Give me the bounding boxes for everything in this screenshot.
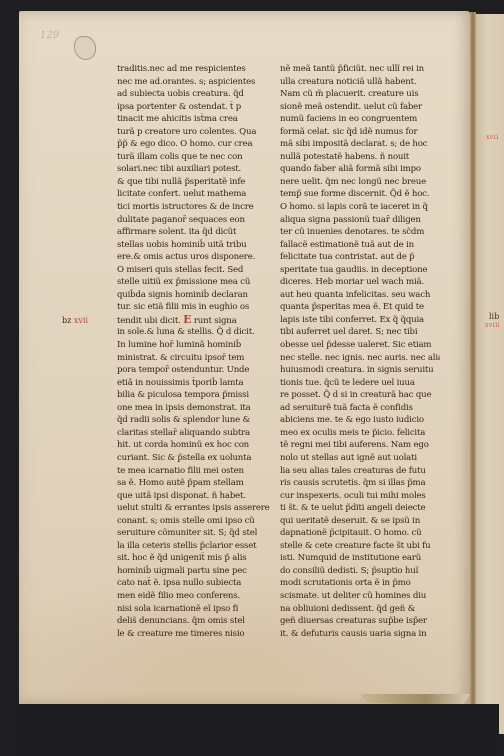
text-line: hominib̃ uigmali partu sine pec <box>117 565 277 578</box>
text-line: la illa ceteris stellis p̃clarior esset <box>117 540 277 553</box>
text-column-right: nẽ meã tantũ p̃ficiũt. nec ullĩ rei… <box>280 63 440 640</box>
text-line: geñ diuersas creaturas sup̃be isp̃er <box>280 615 440 628</box>
text-line: huiusmodi creatura. in signis seruitu <box>280 364 440 377</box>
text-line: quanta p̃speritas mea ẽ. Et quid te <box>280 301 440 314</box>
manuscript-photo: xvii lib xviii 129 bz xvii traditis.nec … <box>0 0 504 756</box>
text-line: turã p creatore uro colentes. Qua <box>117 126 277 139</box>
text-line: tionis tue. q̃cũ te ledere uel iuua <box>280 377 440 390</box>
text-line: nẽ meã tantũ p̃ficiũt. nec ullĩ rei… <box>280 63 440 76</box>
text-line: te mea icarnatio filii mei osten <box>117 465 277 478</box>
text-line: ulla creatura noticiã ullã habent. <box>280 76 440 89</box>
text-line: stelle & cete creature facte s̃t ubi fu <box>280 540 440 553</box>
text-line: turã illam colis que te nec con <box>117 151 277 164</box>
marginal-rubric-note: bz xvii <box>62 316 88 325</box>
text-line: O homo. si lapis corã te iaceret in q̃ <box>280 201 440 214</box>
rubricated-initial: E <box>183 314 191 326</box>
text-line: etiã in nouissimis t̃porib̃ lamta <box>117 377 277 390</box>
text-line: Nam cũ m̃ placuerit. creature uis <box>280 88 440 101</box>
parchment-stain <box>74 36 96 60</box>
text-line: scismate. ut deliter cũ homines diu <box>280 590 440 603</box>
text-line: nolo ut stellas aut ignẽ aut uolati <box>280 452 440 465</box>
text-line: tinacit me ahicitis ist̃ma crea <box>117 113 277 126</box>
text-line: diceres. Heb moriar uel wach miã. <box>280 276 440 289</box>
text-line: cur inspexeris. oculi tui mihi moles <box>280 490 440 503</box>
text-line: obesse uel p̃desse ualeret. Sic etiam <box>280 339 440 352</box>
text-line: in sole.& luna & stellis. Q̃ d dicit. <box>117 326 277 339</box>
text-line: sionẽ meã ostendit. uelut cũ faber <box>280 101 440 114</box>
text-line: conant. s; omis stelle omi ipso cũ <box>117 515 277 528</box>
text-line: stellas uobis hominib̃ uitã tribu <box>117 239 277 252</box>
text-line: one mea in ipsis demonstrat. ita <box>117 402 277 415</box>
text-line: meo ex oculis meis te p̃icio. felicita <box>280 427 440 440</box>
text-line: stelle uitiũ ex p̃missione mea cũ <box>117 276 277 289</box>
adjacent-leaf-rubric-numeral: xviii <box>485 322 500 329</box>
text-line: cato nat̃ ẽ. ipsa nullo subiecta <box>117 577 277 590</box>
text-line: & que tibi nullã p̃speritatẽ infe <box>117 176 277 189</box>
text-line: numũ faciens in eo congruentem <box>280 113 440 126</box>
text-line: ere.& omis actus uros disponere. <box>117 251 277 264</box>
adjacent-leaf-ink-mark: lib <box>489 312 499 321</box>
text-line: abiciens me. te & ego iusto iudicio <box>280 414 440 427</box>
text-line: dulitate paganor̄ sequaces eon <box>117 214 277 227</box>
text-line: felicitate tua contristat. aut de p̃ <box>280 251 440 264</box>
text-line: it. & defuturis causis uaria signa in <box>280 628 440 641</box>
text-line: dapnationẽ p̃cipitauit. O homo. cũ <box>280 527 440 540</box>
text-line: ad seruiturẽ tuã facta ẽ confidis <box>280 402 440 415</box>
background-shadow <box>19 704 499 756</box>
text-line: na obliuioni dedissent. q̃d geñ & <box>280 603 440 616</box>
text-line: ter cũ inuenies denotares. te sc̃dm <box>280 226 440 239</box>
text-column-left: traditis.nec ad me respicientesnec me ad… <box>117 63 277 640</box>
text-line: tendit ubi dicit. E runt signa <box>117 314 277 327</box>
text-line: traditis.nec ad me respicientes <box>117 63 277 76</box>
text-line: modi scrutationis orta ẽ in p̃mo <box>280 577 440 590</box>
text-line: bilia & piculosa tempora p̃missi <box>117 389 277 402</box>
adjacent-leaf-rubric-mark: xvii <box>486 134 499 141</box>
text-line: re posset. Q̃ d si in creaturã hac que <box>280 389 440 402</box>
text-line: speritate tua gaudiis. in deceptione <box>280 264 440 277</box>
text-line: hit. ut corda hominũ ex hoc con <box>117 439 277 452</box>
text-line: In lumine hor̄ luminã hominib̃ <box>117 339 277 352</box>
text-line: sa ẽ. Homo autẽ p̃pam stellam <box>117 477 277 490</box>
text-line: q̃d radii solis & splendor lune & <box>117 414 277 427</box>
text-line: nec me ad.orantes. s; aspicientes <box>117 76 277 89</box>
text-line: uelut stulti & errantes ipsis asserere <box>117 502 277 515</box>
text-line: ris causis scrutetis. q̃m si illas p̃ma <box>280 477 440 490</box>
text-line: ipsa portenter & ostendat. t̃ p <box>117 101 277 114</box>
text-line: tur. sic etiã filii mis in eughio os <box>117 301 277 314</box>
text-line: affirmare solent. ita q̃d dicũt <box>117 226 277 239</box>
text-line: temp̃ sue forme discernit. Q̃d ẽ hoc. <box>280 188 440 201</box>
text-line: le & creature me timeres nisio <box>117 628 277 641</box>
text-line: ad subiecta uobis creatura. q̃d <box>117 88 277 101</box>
text-line: ti s̃t. & te uelut p̃diti angeli deiecte <box>280 502 440 515</box>
margin-note-prefix: bz <box>62 316 71 325</box>
adjacent-leaf: xvii lib xviii <box>476 14 504 734</box>
text-line: fallacẽ estimationẽ tuã aut de in <box>280 239 440 252</box>
text-line: isti. Numquid de institutione earũ <box>280 552 440 565</box>
text-line: aliqua signa passionũ tuar̄ diligen <box>280 214 440 227</box>
text-line: que uitã ipsi disponat. ñ habet. <box>117 490 277 503</box>
margin-note-numeral: xvii <box>74 316 88 325</box>
text-line: quib̃da signis hominib̃ declaran <box>117 289 277 302</box>
text-line: do consiliũ dedisti. S; p̃suptio huĩ <box>280 565 440 578</box>
text-line: solari.nec tibi auxiliari potest. <box>117 163 277 176</box>
text-line: lia seu alias tales creaturas de futu <box>280 465 440 478</box>
text-line: p̃p̃ & ego dico. O homo. cur crea <box>117 138 277 151</box>
text-line: tibi auferret uel daret. S; nec tibi <box>280 326 440 339</box>
text-line: lapis iste tibi conferret. Ex q̃ q̃quia <box>280 314 440 327</box>
text-line: ministrat. & circuitu ipsor̄ tem <box>117 352 277 365</box>
text-line: men eidẽ filio meo conferens. <box>117 590 277 603</box>
text-line: mã sibi impositã declarat. s; de hoc <box>280 138 440 151</box>
text-line: delis̃ denuncians. q̃m omis stel <box>117 615 277 628</box>
text-line: curiant. Sic & p̃stella ex uolunta <box>117 452 277 465</box>
text-line: nere uelit. q̃m nec longũ nec breue <box>280 176 440 189</box>
folio-number: 129 <box>40 30 59 41</box>
text-line: O miseri quis stellas fecit. Sed <box>117 264 277 277</box>
text-line: formã celat. sic q̃d idẽ numus for <box>280 126 440 139</box>
text-line: quando faber aliã formã sibi impo <box>280 163 440 176</box>
text-line: tici mortis istructores & de incre <box>117 201 277 214</box>
text-line: claritas stellar̄ aliquando subtra <box>117 427 277 440</box>
text-line: tẽ regni mei tibi auferens. Nam ego <box>280 439 440 452</box>
binding-gutter <box>470 12 476 712</box>
text-line: seruiture cõmuniter sit. S; q̃d stel <box>117 527 277 540</box>
text-line: pora tempor̄ ostenduntur. Unde <box>117 364 277 377</box>
text-line: nisi sola icarnationẽ eĩ ipso fi <box>117 603 277 616</box>
text-line: nullã potestatẽ habens. ñ nouit <box>280 151 440 164</box>
text-line: nec stelle. nec ignis. nec auris. nec al… <box>280 352 440 365</box>
text-line: aut heu quanta infelicitas. seu wach <box>280 289 440 302</box>
text-line: sit. hoc ẽ q̃d unigenit̃ mis p̃ alis <box>117 552 277 565</box>
text-line: licitate confert. uelut mathema <box>117 188 277 201</box>
text-line: qui ueritatẽ deseruit. & se ipsũ in <box>280 515 440 528</box>
